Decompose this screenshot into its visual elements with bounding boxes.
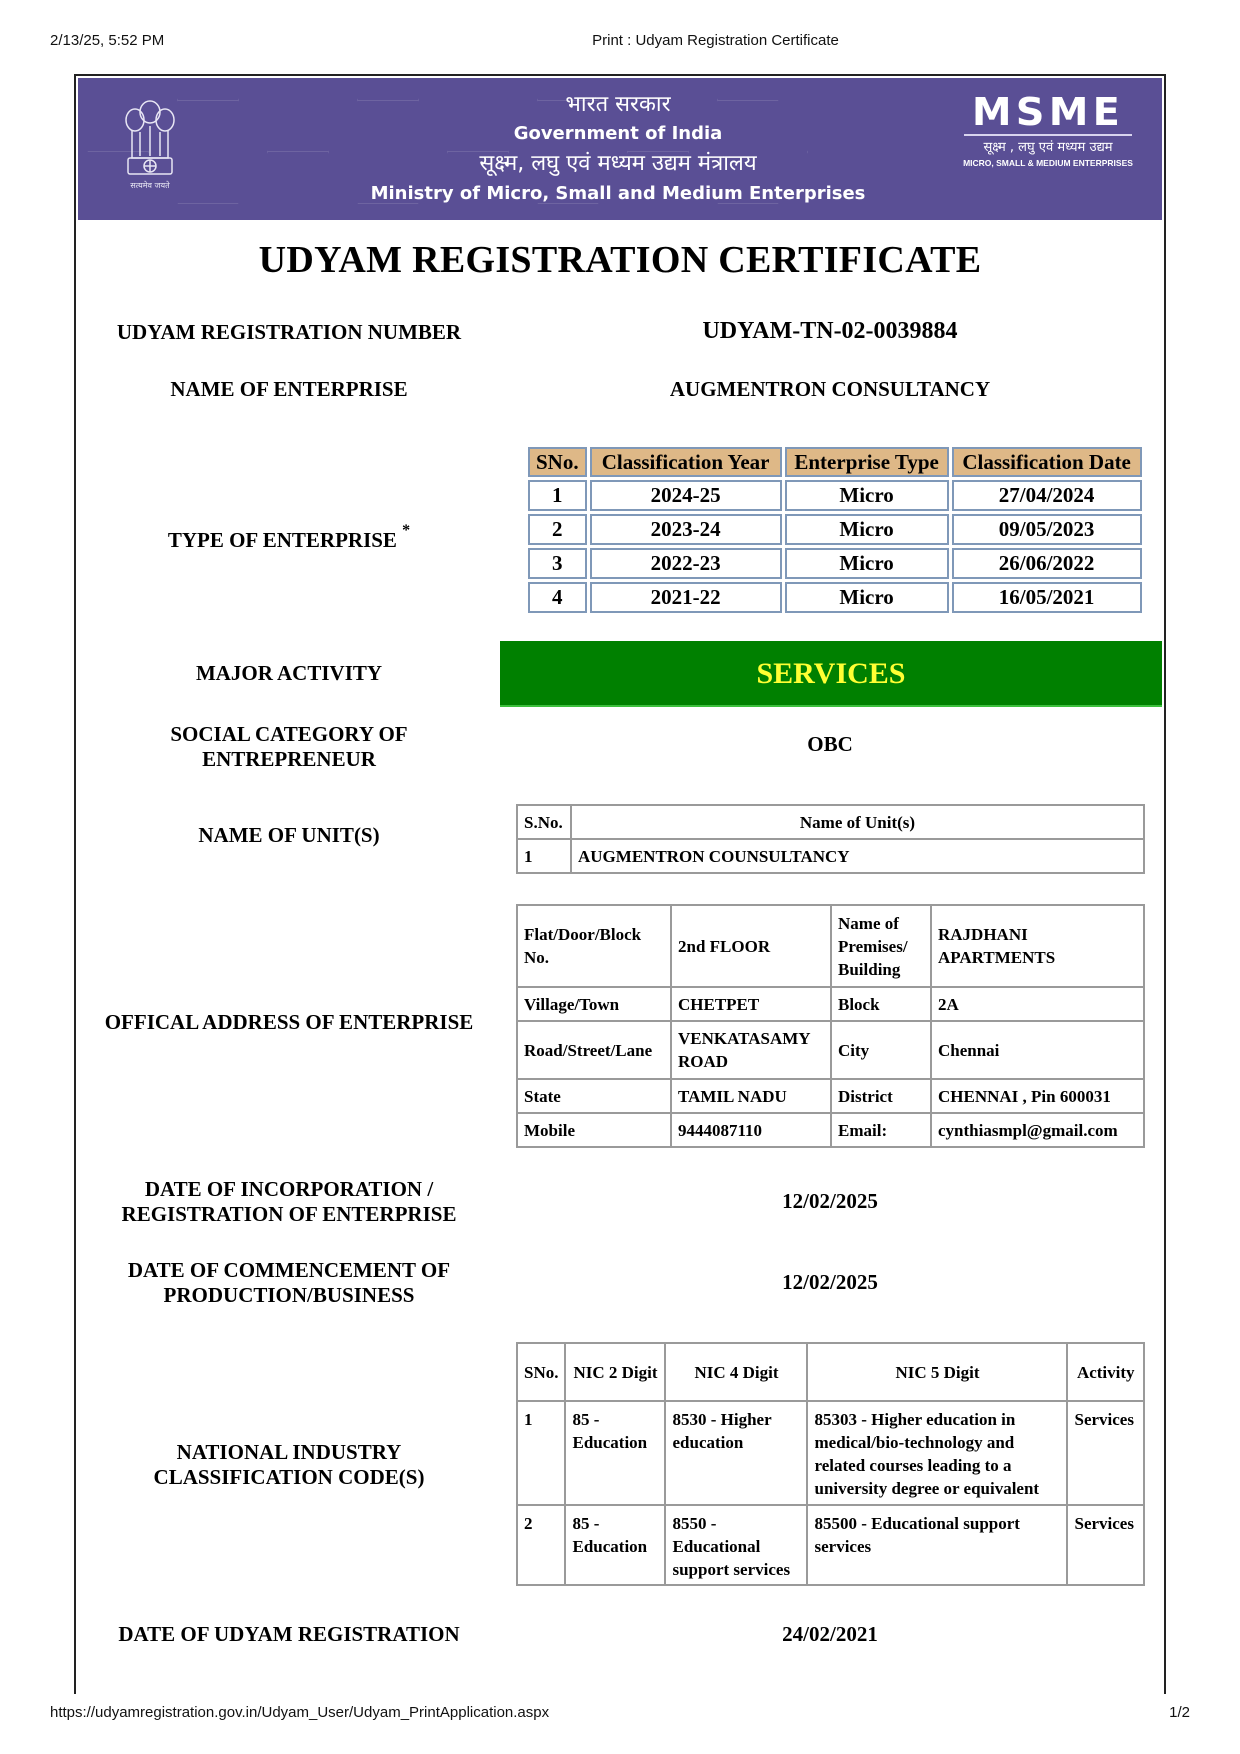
header-sno: S.No. (517, 805, 571, 839)
cell-sno: 1 (517, 839, 571, 873)
table-row: State TAMIL NADU District CHENNAI , Pin … (517, 1079, 1144, 1113)
svg-text:सत्यमेव जयते: सत्यमेव जयते (130, 180, 170, 190)
enterprise-type-label-text: TYPE OF ENTERPRISE (168, 528, 397, 552)
cell-activity: Services (1067, 1401, 1144, 1505)
msme-logo-word: MSME (954, 92, 1143, 132)
cell-nic-2: 85 - Education (565, 1401, 665, 1505)
address-field-label: Flat/Door/Block No. (517, 905, 671, 987)
address-field-value: 2nd FLOOR (671, 905, 831, 987)
address-field-value: CHETPET (671, 987, 831, 1021)
cell-date: 27/04/2024 (952, 480, 1142, 511)
header-unit-name: Name of Unit(s) (571, 805, 1144, 839)
major-activity-label: MAJOR ACTIVITY (84, 661, 494, 686)
table-row: 1 2024-25 Micro 27/04/2024 (528, 480, 1142, 511)
cell-nic-5: 85303 - Higher education in medical/bio-… (807, 1401, 1067, 1505)
certificate-title: UDYAM REGISTRATION CERTIFICATE (78, 238, 1162, 282)
government-banner: सत्यमेव जयते भारत सरकार Government of In… (78, 78, 1162, 220)
social-category-label-line2: ENTREPRENEUR (84, 747, 494, 772)
email-value: cynthiasmpl@gmail.com (931, 1113, 1144, 1147)
msme-logo-hindi: सूक्ष्म , लघु एवं मध्यम उद्यम (958, 140, 1138, 156)
header-sno: SNo. (528, 447, 587, 477)
address-label: OFFICAL ADDRESS OF ENTERPRISE (84, 1010, 494, 1035)
table-row: 3 2022-23 Micro 26/06/2022 (528, 548, 1142, 579)
page-number: 1/2 (1169, 1704, 1190, 1721)
cell-unit-name: AUGMENTRON COUNSULTANCY (571, 839, 1144, 873)
commencement-label-line1: DATE OF COMMENCEMENT OF (84, 1258, 494, 1283)
commencement-date: 12/02/2025 (500, 1270, 1160, 1295)
enterprise-type-label: TYPE OF ENTERPRISE * (84, 522, 494, 553)
national-emblem-icon: सत्यमेव जयते (120, 92, 180, 198)
table-row: 2 2023-24 Micro 09/05/2023 (528, 514, 1142, 545)
cell-date: 26/06/2022 (952, 548, 1142, 579)
table-row: Mobile 9444087110 Email: cynthiasmpl@gma… (517, 1113, 1144, 1147)
cell-date: 16/05/2021 (952, 582, 1142, 613)
cell-sno: 4 (528, 582, 587, 613)
incorporation-date-label: DATE OF INCORPORATION / REGISTRATION OF … (84, 1177, 494, 1227)
header-sno: SNo. (517, 1343, 565, 1401)
mobile-value: 9444087110 (671, 1113, 831, 1147)
social-category-label: SOCIAL CATEGORY OF ENTREPRENEUR (84, 722, 494, 772)
classification-table: SNo. Classification Year Enterprise Type… (525, 444, 1145, 616)
address-field-label: Name of Premises/ Building (831, 905, 931, 987)
page-url: https://udyamregistration.gov.in/Udyam_U… (50, 1704, 549, 1721)
cell-nic-2: 85 - Education (565, 1505, 665, 1585)
address-field-value: CHENNAI , Pin 600031 (931, 1079, 1144, 1113)
cell-sno: 1 (528, 480, 587, 511)
header-nic-2-digit: NIC 2 Digit (565, 1343, 665, 1401)
address-field-value: RAJDHANI APARTMENTS (931, 905, 1144, 987)
banner-hindi-government: भारत सरकार (298, 90, 938, 120)
table-row: Village/Town CHETPET Block 2A (517, 987, 1144, 1021)
header-classification-date: Classification Date (952, 447, 1142, 477)
social-category: OBC (500, 732, 1160, 757)
table-row: 2 85 - Education 8550 - Educational supp… (517, 1505, 1144, 1585)
units-table-header: S.No. Name of Unit(s) (517, 805, 1144, 839)
registration-number: UDYAM-TN-02-0039884 (500, 318, 1160, 345)
address-field-label: City (831, 1021, 931, 1079)
address-table: Flat/Door/Block No. 2nd FLOOR Name of Pr… (516, 904, 1145, 1148)
address-field-label: State (517, 1079, 671, 1113)
cell-year: 2022-23 (590, 548, 782, 579)
msme-logo: MSME सूक्ष्म , लघु एवं मध्यम उद्यम MICRO… (958, 92, 1138, 170)
table-row: 4 2021-22 Micro 16/05/2021 (528, 582, 1142, 613)
cell-year: 2021-22 (590, 582, 782, 613)
cell-activity: Services (1067, 1505, 1144, 1585)
social-category-label-line1: SOCIAL CATEGORY OF (84, 722, 494, 747)
address-field-value: TAMIL NADU (671, 1079, 831, 1113)
cell-type: Micro (785, 480, 949, 511)
banner-title: भारत सरकार Government of India सूक्ष्म, … (298, 90, 938, 208)
classification-table-header: SNo. Classification Year Enterprise Type… (528, 447, 1142, 477)
cell-type: Micro (785, 548, 949, 579)
nic-label: NATIONAL INDUSTRY CLASSIFICATION CODE(S) (84, 1440, 494, 1490)
cell-sno: 2 (528, 514, 587, 545)
msme-logo-divider (964, 134, 1132, 136)
address-field-value: 2A (931, 987, 1144, 1021)
header-activity: Activity (1067, 1343, 1144, 1401)
header-enterprise-type: Enterprise Type (785, 447, 949, 477)
nic-table: SNo. NIC 2 Digit NIC 4 Digit NIC 5 Digit… (516, 1342, 1145, 1586)
cell-nic-4: 8530 - Higher education (665, 1401, 807, 1505)
address-field-value: Chennai (931, 1021, 1144, 1079)
header-nic-4-digit: NIC 4 Digit (665, 1343, 807, 1401)
udyam-registration-date: 24/02/2021 (500, 1622, 1160, 1647)
print-header: 2/13/25, 5:52 PM Print : Udyam Registrat… (0, 32, 1240, 52)
commencement-label-line2: PRODUCTION/BUSINESS (84, 1283, 494, 1308)
cell-sno: 1 (517, 1401, 565, 1505)
udyam-date-label: DATE OF UDYAM REGISTRATION (84, 1622, 494, 1647)
address-field-label: Email: (831, 1113, 931, 1147)
banner-ministry-name: Ministry of Micro, Small and Medium Ente… (298, 180, 938, 208)
major-activity-badge: SERVICES (500, 641, 1162, 707)
registration-number-label: UDYAM REGISTRATION NUMBER (84, 320, 494, 345)
units-table: S.No. Name of Unit(s) 1 AUGMENTRON COUNS… (516, 804, 1145, 874)
address-field-label: Village/Town (517, 987, 671, 1021)
msme-logo-english: MICRO, SMALL & MEDIUM ENTERPRISES (958, 156, 1138, 170)
nic-table-header: SNo. NIC 2 Digit NIC 4 Digit NIC 5 Digit… (517, 1343, 1144, 1401)
print-footer: https://udyamregistration.gov.in/Udyam_U… (0, 1704, 1240, 1724)
nic-label-line2: CLASSIFICATION CODE(S) (84, 1465, 494, 1490)
cell-sno: 3 (528, 548, 587, 579)
cell-year: 2024-25 (590, 480, 782, 511)
banner-hindi-ministry: सूक्ष्म, लघु एवं मध्यम उद्यम मंत्रालय (298, 148, 938, 180)
address-field-label: Road/Street/Lane (517, 1021, 671, 1079)
address-field-label: Block (831, 987, 931, 1021)
address-field-label: Mobile (517, 1113, 671, 1147)
banner-government-of-india: Government of India (298, 120, 938, 148)
cell-date: 09/05/2023 (952, 514, 1142, 545)
asterisk-note: * (402, 522, 410, 539)
cell-type: Micro (785, 582, 949, 613)
nic-label-line1: NATIONAL INDUSTRY (84, 1440, 494, 1465)
incorporation-label-line2: REGISTRATION OF ENTERPRISE (84, 1202, 494, 1227)
address-field-label: District (831, 1079, 931, 1113)
incorporation-date: 12/02/2025 (500, 1189, 1160, 1214)
table-row: 1 AUGMENTRON COUNSULTANCY (517, 839, 1144, 873)
table-row: Road/Street/Lane VENKATASAMY ROAD City C… (517, 1021, 1144, 1079)
table-row: 1 85 - Education 8530 - Higher education… (517, 1401, 1144, 1505)
cell-nic-5: 85500 - Educational support services (807, 1505, 1067, 1585)
cell-nic-4: 8550 - Educational support services (665, 1505, 807, 1585)
header-classification-year: Classification Year (590, 447, 782, 477)
header-nic-5-digit: NIC 5 Digit (807, 1343, 1067, 1401)
cell-year: 2023-24 (590, 514, 782, 545)
units-label: NAME OF UNIT(S) (84, 823, 494, 848)
commencement-date-label: DATE OF COMMENCEMENT OF PRODUCTION/BUSIN… (84, 1258, 494, 1308)
incorporation-label-line1: DATE OF INCORPORATION / (84, 1177, 494, 1202)
enterprise-name-label: NAME OF ENTERPRISE (84, 377, 494, 402)
table-row: Flat/Door/Block No. 2nd FLOOR Name of Pr… (517, 905, 1144, 987)
enterprise-name: AUGMENTRON CONSULTANCY (500, 377, 1160, 402)
address-field-value: VENKATASAMY ROAD (671, 1021, 831, 1079)
print-page-title: Print : Udyam Registration Certificate (0, 32, 1240, 49)
cell-sno: 2 (517, 1505, 565, 1585)
cell-type: Micro (785, 514, 949, 545)
